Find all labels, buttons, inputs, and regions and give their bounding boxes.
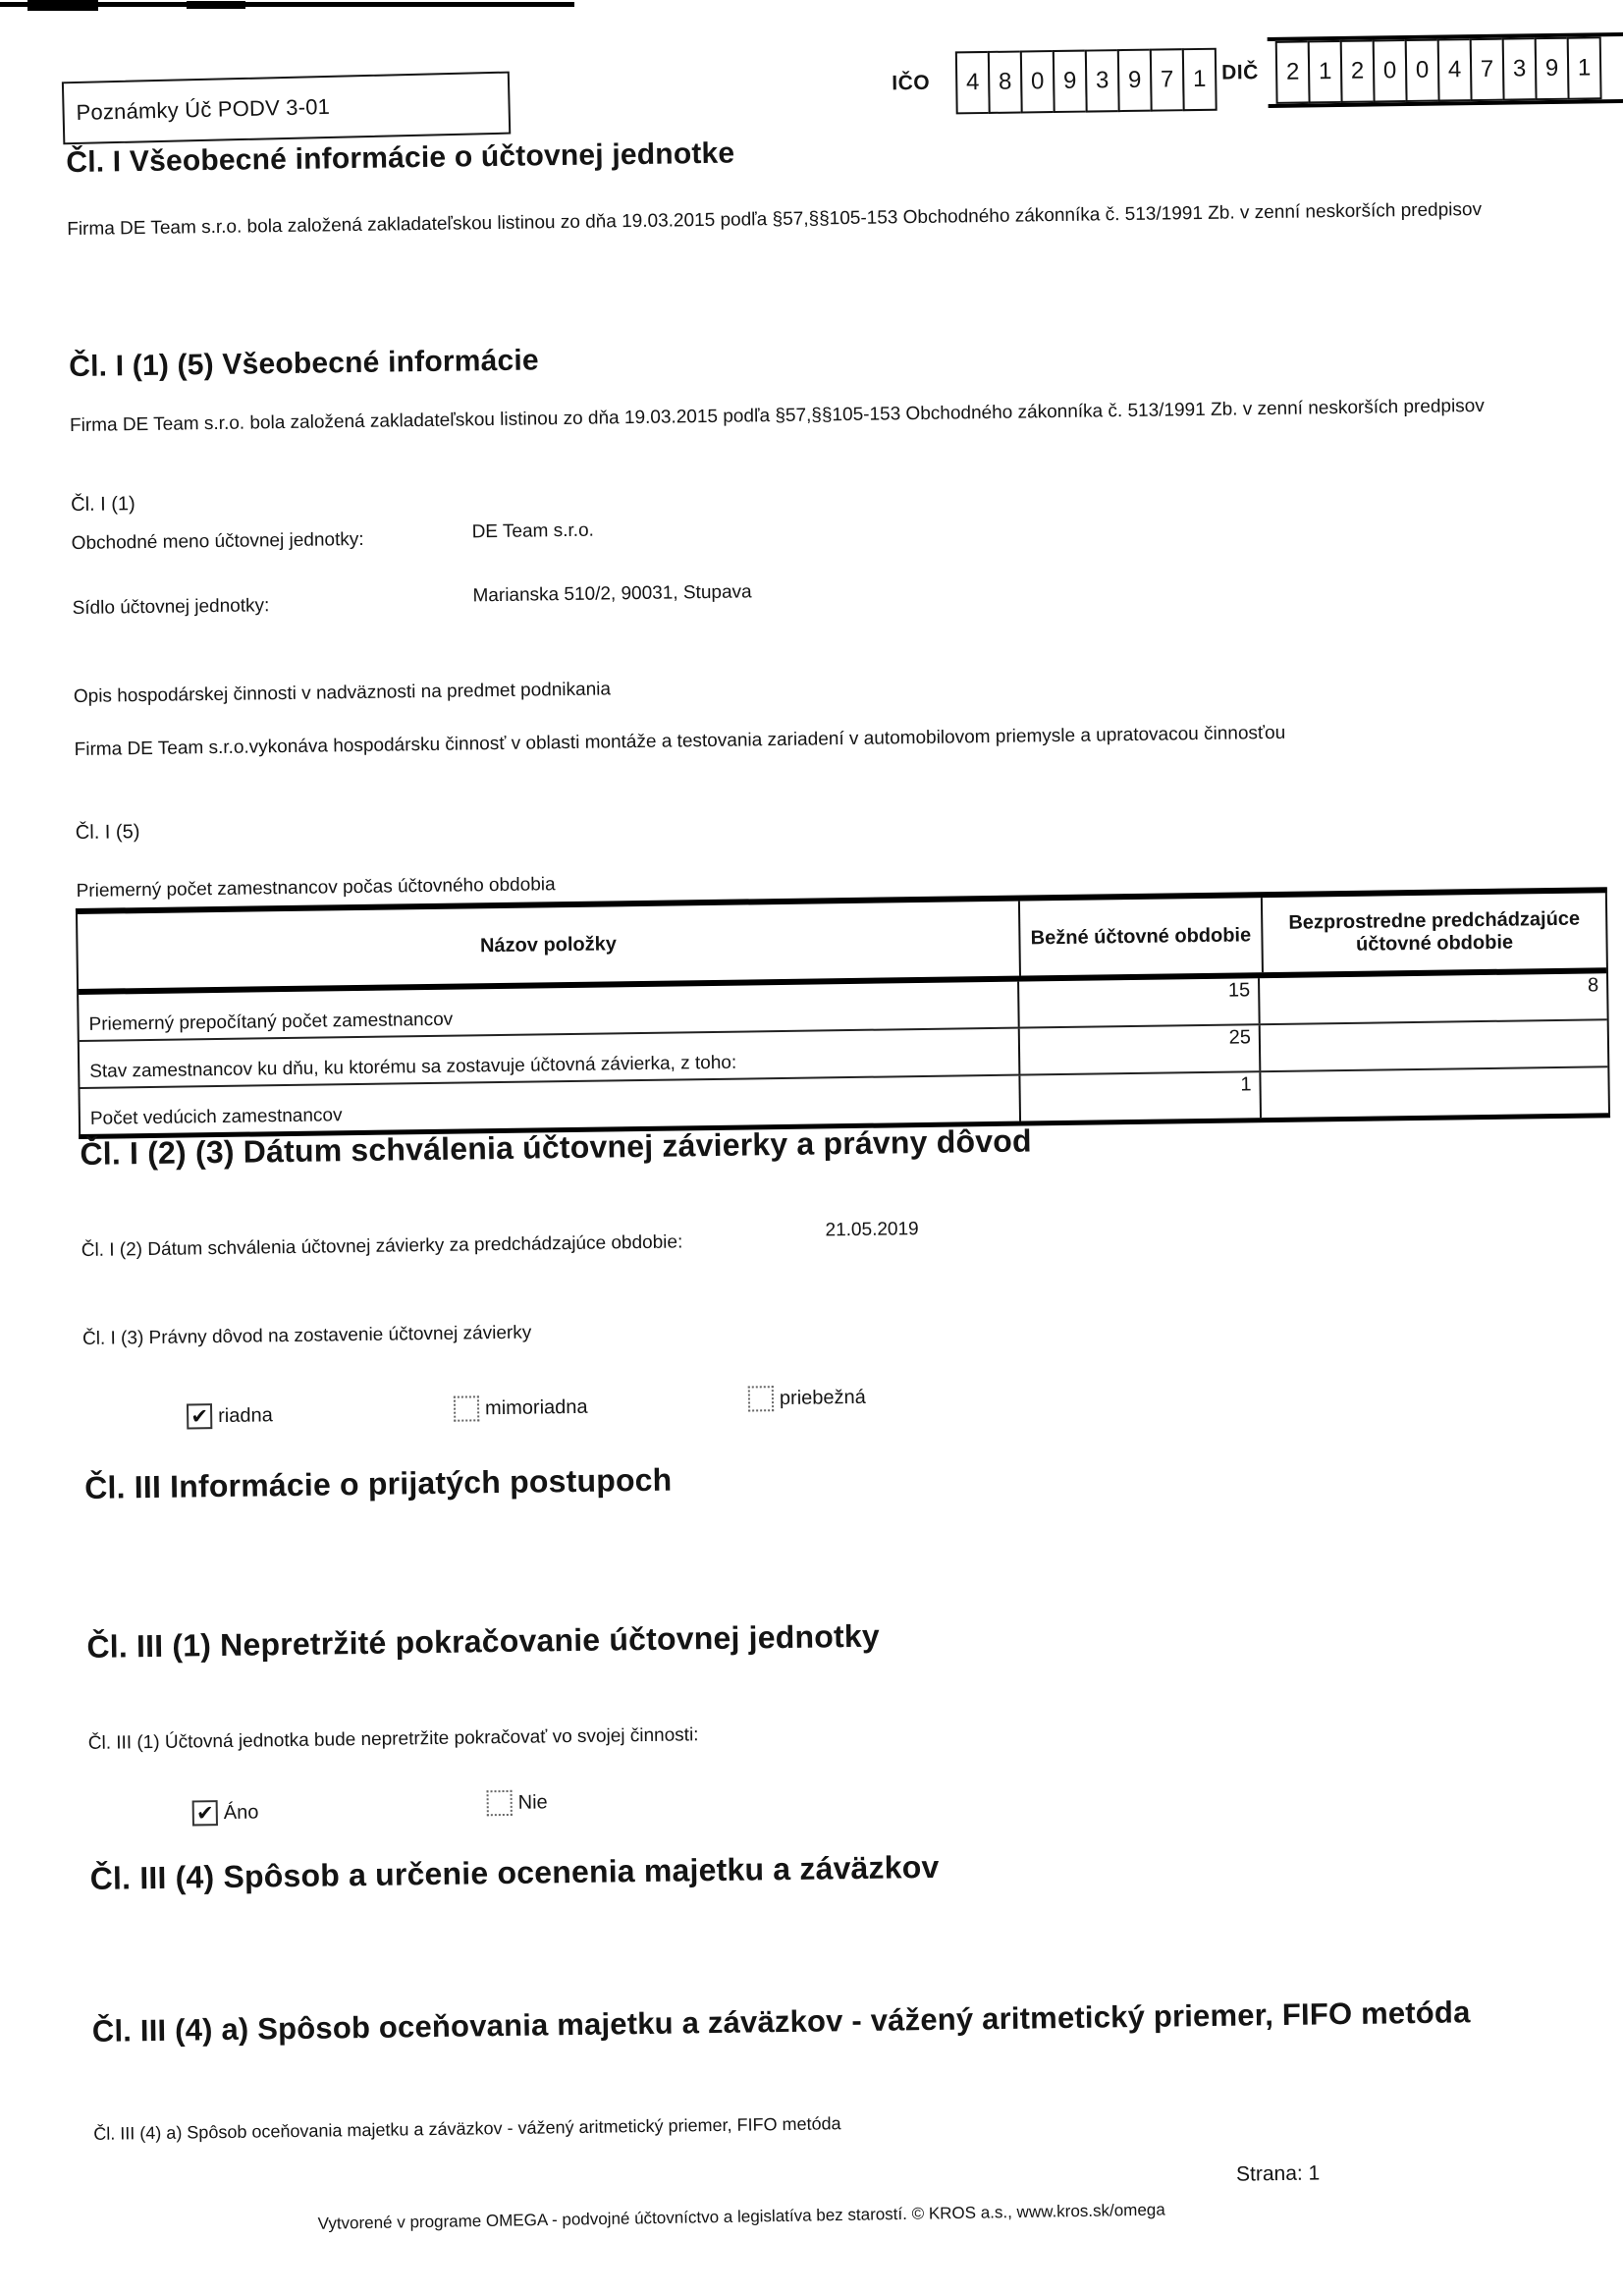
option-label: Nie: [518, 1791, 548, 1814]
ico-digit: 4: [955, 51, 991, 114]
header-previous-period: Bezprostredne predchádzajúce účtovné obd…: [1263, 893, 1606, 972]
section5-title: Čl. III (1) Nepretržité pokračovanie účt…: [86, 1618, 880, 1666]
checkbox-priebezna: [748, 1386, 774, 1411]
dic-digit: 7: [1470, 38, 1505, 101]
option-label: riadna: [218, 1404, 273, 1428]
ico-digit: 7: [1150, 48, 1185, 111]
dic-digit: 9: [1535, 37, 1570, 100]
dic-label: DIČ: [1221, 61, 1259, 85]
ico-digit: 3: [1085, 49, 1120, 112]
document-sheet: Poznámky Úč PODV 3-01 IČO 4 8 0 9 3 9 7 …: [0, 0, 1623, 2296]
header-current-period: Bežné účtovné obdobie: [1020, 898, 1264, 975]
option-mimoriadna: mimoriadna: [454, 1394, 588, 1422]
dic-digit: 4: [1437, 38, 1473, 101]
row-previous-value: [1261, 1067, 1608, 1118]
header-name: Názov položky: [78, 902, 1021, 989]
checkbox-riadna: ✔: [187, 1403, 212, 1429]
form-code-box: Poznámky Úč PODV 3-01: [62, 72, 511, 145]
seat-value: Marianska 510/2, 90031, Stupava: [472, 581, 751, 607]
employees-table: Názov položky Bežné účtovné obdobie Bezp…: [76, 887, 1610, 1139]
business-name-label: Obchodné meno účtovnej jednotky:: [72, 529, 364, 555]
check-icon: ✔: [190, 1404, 208, 1429]
dic-digit: 2: [1340, 39, 1376, 102]
section1-title: Čl. I Všeobecné informácie o účtovnej je…: [66, 137, 734, 181]
dic-digit: 1: [1567, 36, 1602, 99]
scanned-document-page: Poznámky Úč PODV 3-01 IČO 4 8 0 9 3 9 7 …: [0, 0, 1623, 2296]
clause-i5-label: Čl. I (5): [76, 821, 140, 845]
ico-digit-boxes: 4 8 0 9 3 9 7 1: [955, 48, 1217, 115]
section6-title: Čl. III (4) Spôsob a určenie ocenenia ma…: [89, 1849, 939, 1897]
option-label: mimoriadna: [485, 1395, 588, 1419]
section4-title: Čl. III Informácie o prijatých postupoch: [84, 1462, 673, 1506]
dic-digit: 0: [1405, 39, 1440, 102]
approval-date-value: 21.05.2019: [825, 1219, 918, 1241]
dic-digit: 0: [1373, 39, 1408, 102]
ico-digit: 0: [1020, 50, 1055, 113]
activity-text: Firma DE Team s.r.o.vykonáva hospodársku…: [75, 723, 1286, 761]
activity-label: Opis hospodárskej činnosti v nadväznosti…: [74, 679, 611, 708]
row-current-value: 25: [1020, 1025, 1262, 1073]
page-number: Strana: 1: [1236, 2161, 1321, 2186]
dic-digit-boxes: 2 1 2 0 0 4 7 3 9 1: [1275, 36, 1602, 104]
ico-digit: 8: [988, 50, 1023, 113]
option-nie: Nie: [487, 1789, 548, 1816]
dic-digit: 1: [1308, 40, 1343, 103]
row-current-value: 15: [1019, 978, 1261, 1026]
row-current-value: 1: [1020, 1072, 1262, 1121]
check-icon: ✔: [196, 1801, 214, 1826]
approval-date-label: Čl. I (2) Dátum schválenia účtovnej závi…: [81, 1231, 683, 1262]
legal-reason-label: Čl. I (3) Právny dôvod na zostavenie účt…: [82, 1323, 532, 1350]
footer-credit: Vytvorené v programe OMEGA - podvojné úč…: [317, 2201, 1164, 2234]
checkbox-mimoriadna: [454, 1395, 479, 1421]
ico-label: IČO: [892, 72, 930, 96]
option-ano: ✔ Áno: [192, 1800, 259, 1827]
ico-digit: 9: [1117, 49, 1153, 112]
section2-title: Čl. I (1) (5) Všeobecné informácie: [69, 344, 539, 384]
ico-digit: 9: [1053, 50, 1088, 113]
business-name-value: DE Team s.r.o.: [471, 520, 594, 544]
option-priebezna: priebežná: [748, 1385, 866, 1412]
option-label: priebežná: [780, 1386, 866, 1409]
seat-label: Sídlo účtovnej jednotky:: [73, 595, 270, 620]
dic-digit: 3: [1502, 37, 1538, 100]
row-previous-value: 8: [1260, 973, 1607, 1023]
row-previous-value: [1261, 1020, 1608, 1070]
section7-title: Čl. III (4) a) Spôsob oceňovania majetku…: [92, 1995, 1471, 2050]
form-code-label: Poznámky Úč PODV 3-01: [64, 94, 330, 126]
checkbox-ano: ✔: [192, 1800, 218, 1826]
clause-i1-label: Čl. I (1): [71, 493, 135, 517]
option-label: Áno: [224, 1801, 259, 1824]
section2-body: Firma DE Team s.r.o. bola založená zakla…: [70, 396, 1485, 437]
section1-body: Firma DE Team s.r.o. bola založená zakla…: [67, 199, 1482, 241]
checkbox-nie: [487, 1790, 513, 1816]
employees-table-caption: Priemerný počet zamestnancov počas účtov…: [77, 874, 556, 902]
section7-body: Čl. III (4) a) Spôsob oceňovania majetku…: [93, 2113, 841, 2145]
ico-digit: 1: [1182, 48, 1217, 111]
option-riadna: ✔ riadna: [187, 1402, 273, 1429]
dic-digit: 2: [1275, 40, 1311, 103]
going-concern-question: Čl. III (1) Účtovná jednotka bude nepret…: [88, 1724, 699, 1755]
